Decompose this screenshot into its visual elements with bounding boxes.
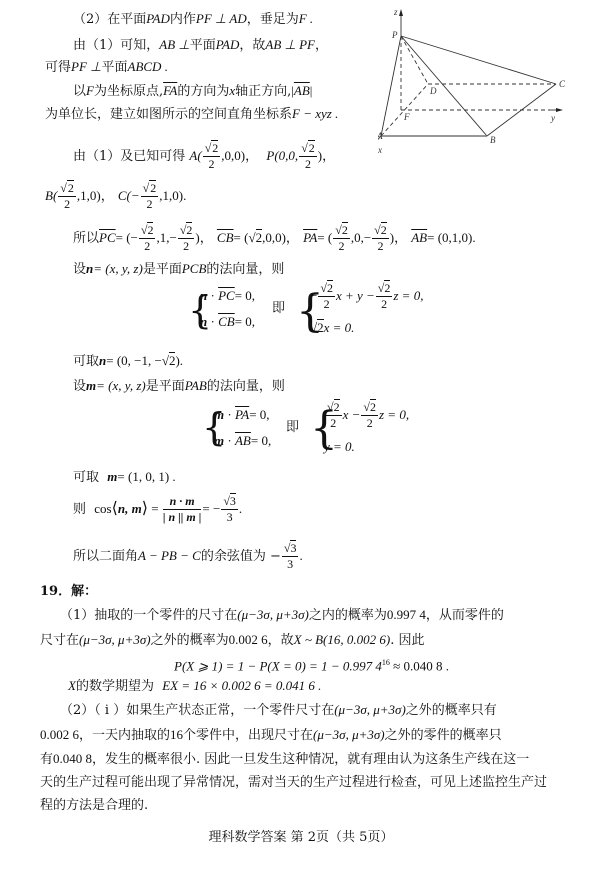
pyramid-diagram: z P D C F y A B x <box>378 6 578 154</box>
n-take: 可取n= (0, −1, −√2). <box>73 352 183 371</box>
m-intro: 设m= (x, y, z)是平面PAB的法向量，则 <box>73 377 285 396</box>
q19-expectation: X的数学期望为 EX = 16 × 0.002 6 = 0.041 6 . <box>68 677 321 696</box>
n-intro: 设n= (x, y, z)是平面PCB的法向量，则 <box>73 260 284 279</box>
part2-line4: 以F为坐标原点,FA的方向为x轴正方向,|AB| <box>73 82 312 101</box>
m-take: 可取 m= (1, 0, 1) . <box>73 468 176 487</box>
svg-text:y: y <box>550 113 555 123</box>
q19-p2-line2: 0.002 6，一天内抽取的16个零件中，出现尺寸在(μ−3σ, μ+3σ)之外… <box>40 726 502 745</box>
q19-p2-line5: 程的方法是合理的. <box>40 797 148 815</box>
part2-line2: 由（1）可知，AB ⊥平面PAD，故AB ⊥ PF， <box>73 36 328 55</box>
svg-text:P: P <box>391 30 398 40</box>
m-equation-system: { m · PA= 0, m · AB= 0, 即 { √22x −√22z =… <box>202 400 502 458</box>
svg-text:F: F <box>403 112 410 122</box>
fraction: √22 <box>299 141 317 172</box>
svg-text:z: z <box>393 7 398 17</box>
fraction: √22 <box>58 181 76 212</box>
coords-line2: B(√22,1,0)， C(−√22,1,0). <box>45 178 186 215</box>
q19-p2-line4: 天的生产过程可能出现了异常情况，需对当天的生产过程进行检查，可见上述监控生产过 <box>40 774 547 792</box>
part2-line5: 为单位长，建立如图所示的空间直角坐标系F − xyz . <box>45 105 338 124</box>
cos-line: 则 cos⟨n, m⟩ = n · m| n || m |= −√33. <box>73 490 242 529</box>
q19-p1-line1: （1）抽取的一个零件的尺寸在(μ−3σ, μ+3σ)之内的概率为0.997 4，… <box>60 606 504 625</box>
q19-p2-line1: （2）（ i ）如果生产状态正常，一个零件尺寸在(μ−3σ, μ+3σ)之外的概… <box>60 701 497 720</box>
part2-line3: 可得PF ⊥平面ABCD . <box>45 58 168 77</box>
svg-text:C: C <box>559 79 566 89</box>
answer-page: （2）在平面PAD内作PF ⊥ AD，垂足为F . 由（1）可知，AB ⊥平面P… <box>0 0 602 882</box>
n-equation-system: { n · PC= 0, n · CB= 0, 即 { −√22x + y −√… <box>188 283 508 341</box>
svg-text:D: D <box>429 86 437 96</box>
page-footer: 理科数学答案 第 2页（共 5页） <box>0 826 602 845</box>
vectors-line: 所以PC= (−√22,1,−√22)， CB= (√2,0,0)， PA= (… <box>73 220 476 257</box>
svg-text:x: x <box>378 145 382 154</box>
fraction: √22 <box>203 141 221 172</box>
svg-text:A: A <box>378 131 383 141</box>
q19-p1-line2: 尺寸在(μ−3σ, μ+3σ)之外的概率为0.002 6，故X ~ B(16, … <box>40 631 424 650</box>
q19-probability-equation: P(X ⩾ 1) = 1 − P(X = 0) = 1 − 0.997 416 … <box>174 654 449 676</box>
q19-heading: 19．解： <box>40 583 97 601</box>
fraction: √22 <box>141 181 159 212</box>
svg-text:B: B <box>490 135 496 145</box>
coords-line1: 由（1）及已知可得 A(√22,0,0)， P(0,0,√22)， <box>73 138 335 175</box>
pyramid-figure: z P D C F y A B x <box>378 6 578 154</box>
q19-p2-line3: 有0.040 8，发生的概率很小. 因此一旦发生这种情况，就有理由认为这条生产线… <box>40 750 529 769</box>
part2-line1: （2）在平面PAD内作PF ⊥ AD，垂足为F . <box>73 10 313 29</box>
final-answer-line: 所以二面角A − PB − C的余弦值为 −√33. <box>73 537 303 576</box>
